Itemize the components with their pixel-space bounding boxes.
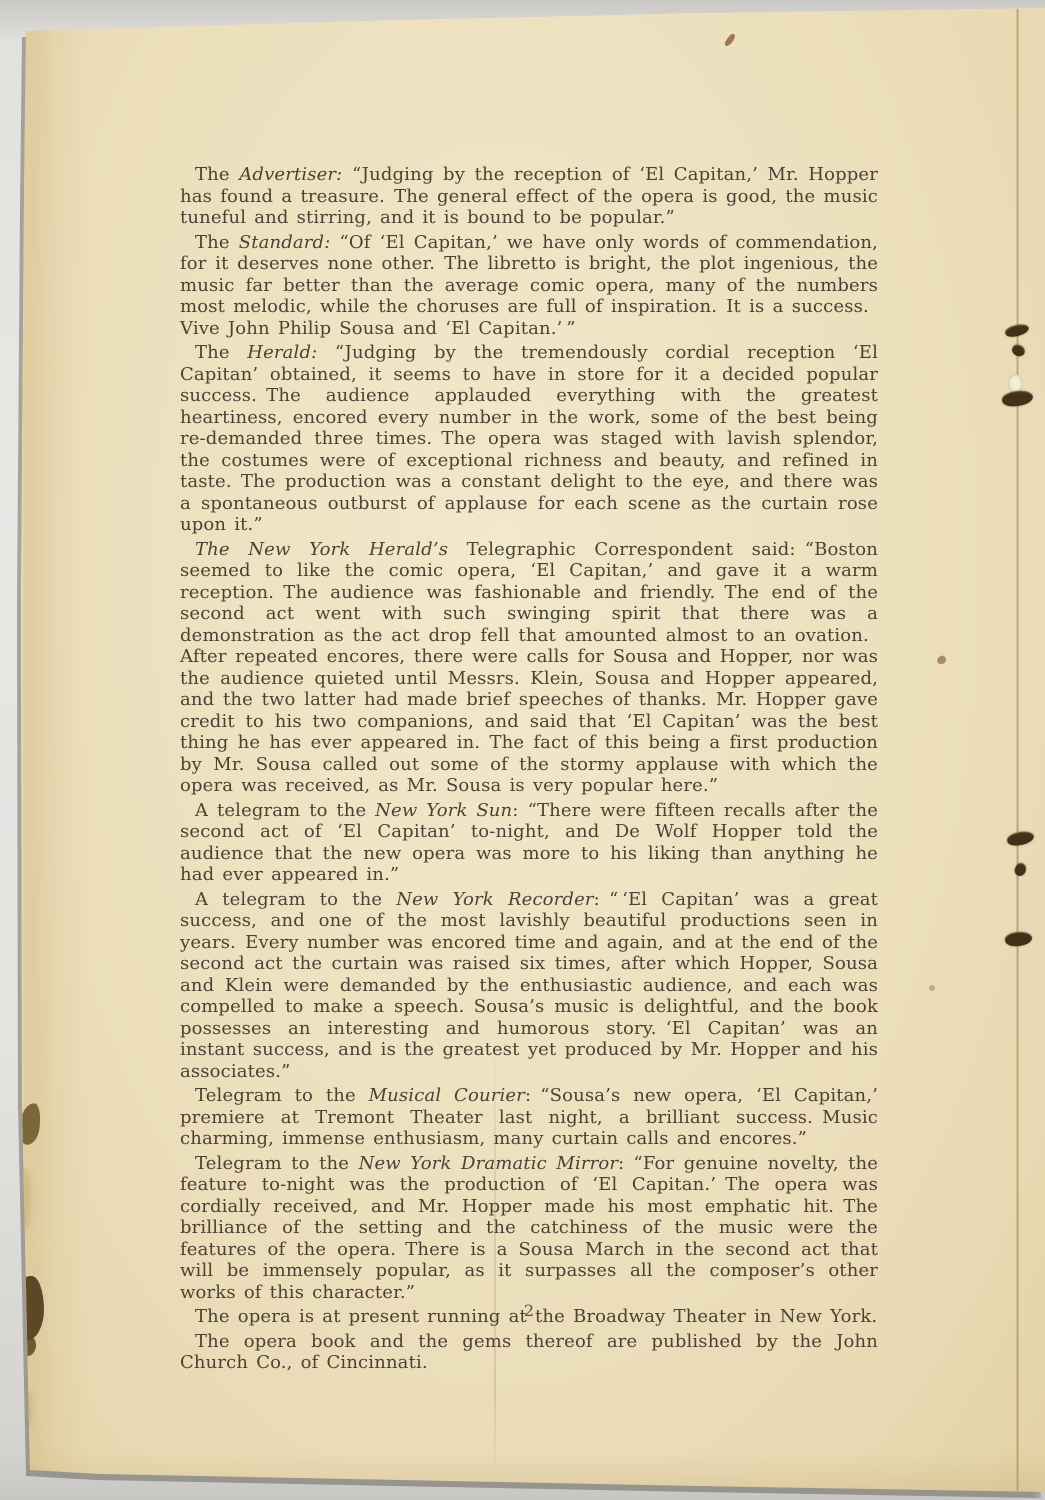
publication-name: Musical Courier (369, 1085, 525, 1106)
paragraph-text: : “For genuine novelty, the feature to-n… (180, 1153, 878, 1303)
binding-stitch (1006, 829, 1035, 847)
ink-stain (15, 1276, 44, 1340)
publication-name: The New York Herald’s (195, 539, 448, 560)
publication-name: New York Recorder (396, 889, 593, 910)
paragraph: The opera book and the gems thereof are … (180, 1331, 878, 1374)
paragraph: A telegram to the New York Sun: “There w… (180, 800, 878, 886)
paragraph: Telegram to the New York Dramatic Mirror… (180, 1153, 878, 1304)
ink-stain (0, 1099, 9, 1106)
paragraph-text: Telegraphic Correspondent said: “Boston … (180, 539, 878, 797)
publication-name: Standard: (239, 232, 331, 253)
paragraph: The New York Herald’s Telegraphic Corres… (180, 539, 878, 797)
paragraph-text: The (195, 342, 247, 363)
paper-crease (494, 1040, 496, 1480)
paragraph-text: “Judging by the tremendously cordial rec… (180, 342, 878, 535)
paragraph-text: Telegram to the (195, 1153, 359, 1174)
paragraph-text: The opera book and the gems thereof are … (180, 1331, 878, 1374)
binding-stitch (1010, 343, 1026, 358)
document-page: The Advertiser: “Judging by the receptio… (0, 0, 1045, 1500)
paragraph-text: The (195, 232, 239, 253)
paper-speck (929, 985, 935, 991)
paragraph-text: Telegram to the (195, 1085, 369, 1106)
paragraph-text: : “ ‘El Capitan’ was a great success, an… (180, 889, 878, 1082)
binding-fold-line (1016, 9, 1019, 1491)
paper-speck (936, 655, 947, 666)
paragraph: The Herald: “Judging by the tremendously… (180, 342, 878, 536)
paragraph-text: A telegram to the (195, 800, 375, 821)
paragraph: The Advertiser: “Judging by the receptio… (180, 164, 878, 229)
page-number: 2 (180, 1301, 878, 1320)
publication-name: New York Dramatic Mirror (359, 1153, 619, 1174)
ink-stain (3, 1112, 9, 1118)
page-text: The Advertiser: “Judging by the receptio… (180, 164, 878, 1377)
publication-name: Herald: (247, 342, 317, 363)
publication-name: Advertiser: (239, 164, 342, 185)
publication-name: New York Sun (375, 800, 512, 821)
paragraph-text: The (195, 164, 239, 185)
scan-background: The Advertiser: “Judging by the receptio… (0, 0, 1045, 1500)
paper-speck (724, 33, 737, 48)
paragraph-text: A telegram to the (195, 889, 396, 910)
binding-stitch (1001, 389, 1034, 409)
paragraph: The Standard: “Of ‘El Capitan,’ we have … (180, 232, 878, 340)
paragraph: A telegram to the New York Recorder: “ ‘… (180, 889, 878, 1083)
paragraph: Telegram to the Musical Courier: “Sousa’… (180, 1085, 878, 1150)
binding-stitch (1004, 930, 1033, 947)
